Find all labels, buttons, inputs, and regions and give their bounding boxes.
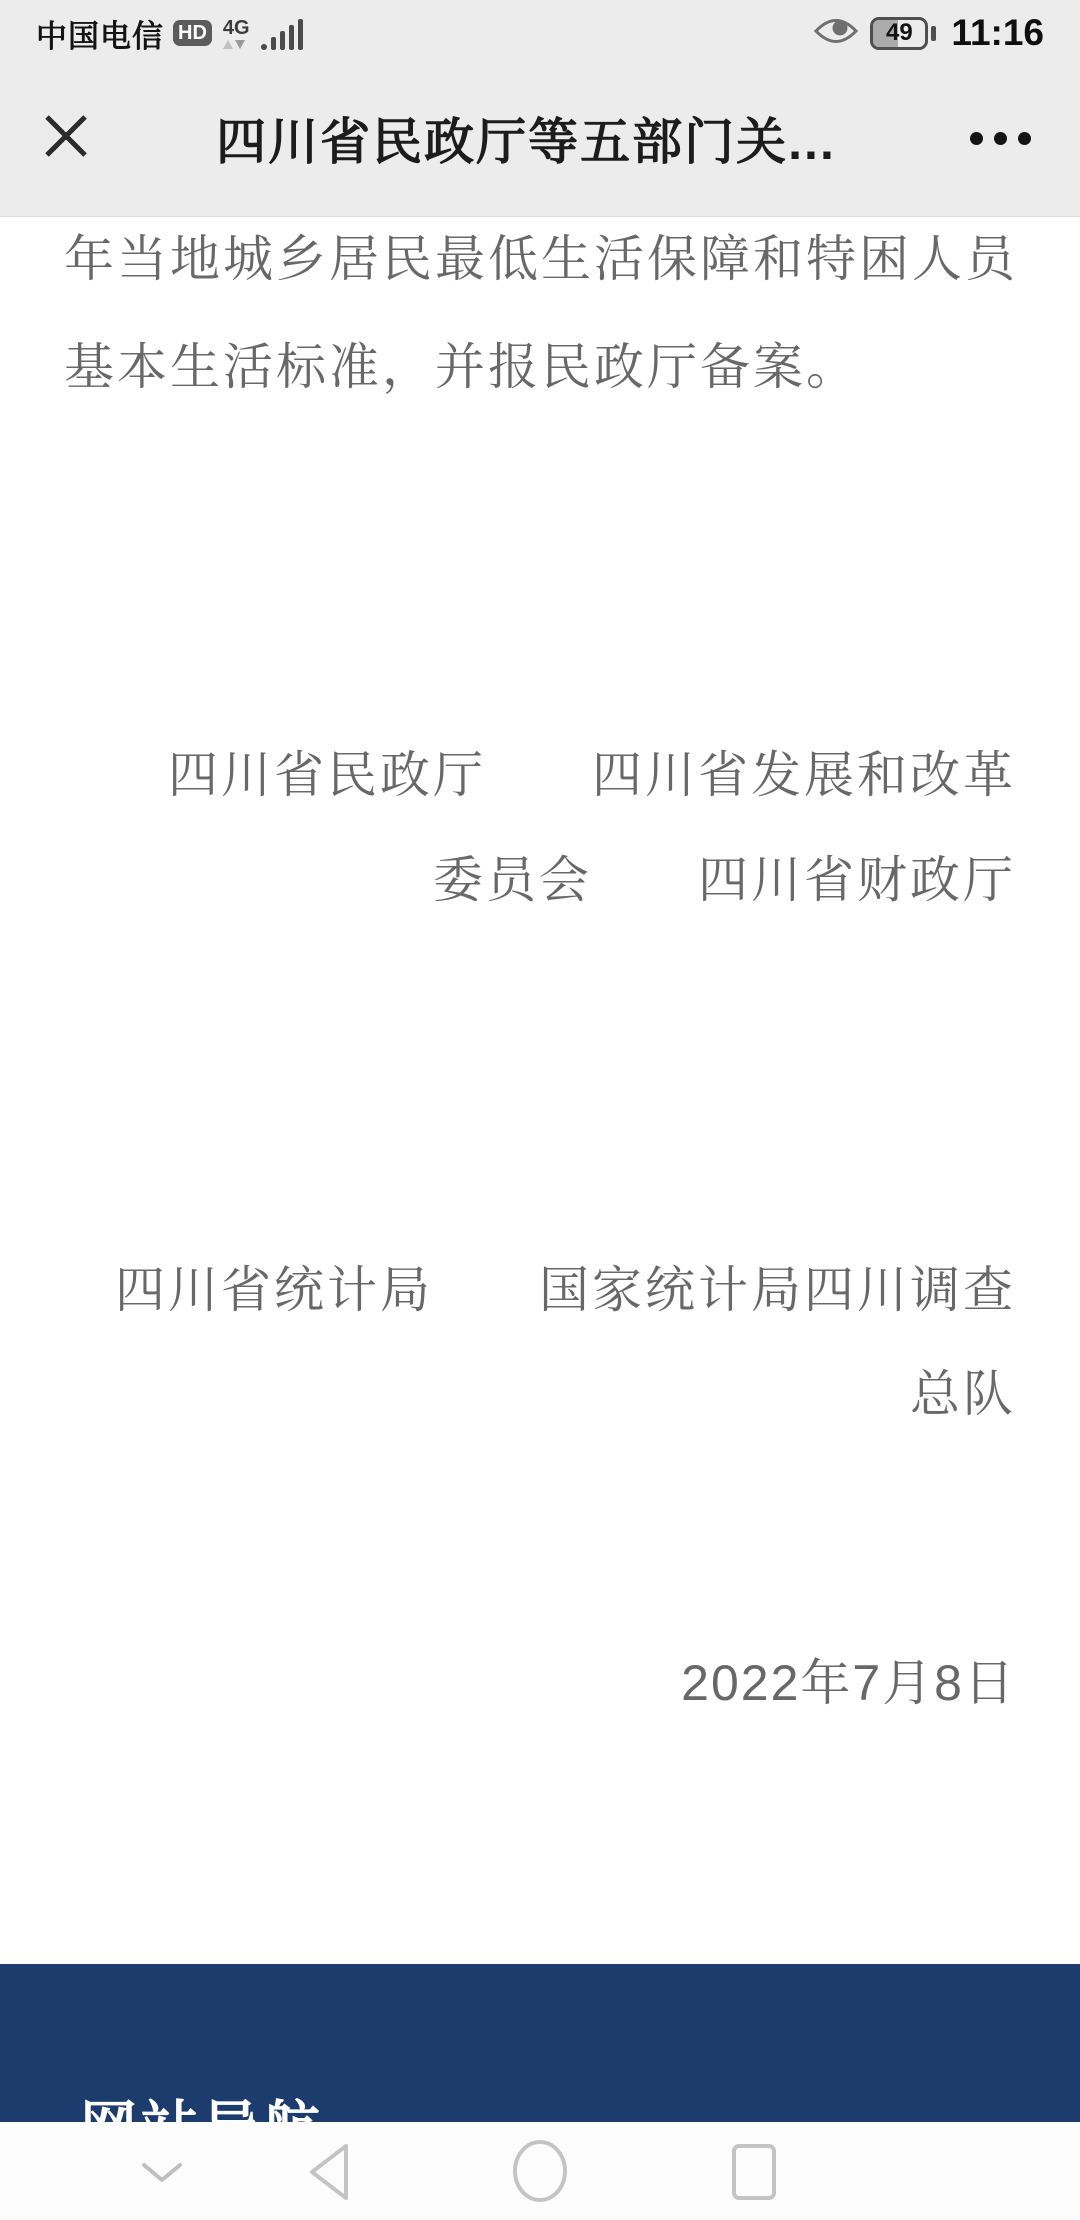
home-button[interactable]	[510, 2139, 570, 2208]
signature-line: 四川省统计局 国家统计局四川调查	[64, 1238, 1016, 1342]
battery-tip	[931, 26, 936, 41]
eye-comfort-icon	[813, 15, 859, 52]
close-icon	[42, 112, 90, 165]
network-arrows-icon	[223, 40, 245, 49]
close-button[interactable]	[0, 112, 132, 165]
signature-line: 总队	[64, 1342, 1016, 1446]
article-paragraph: 年当地城乡居民最低生活保障和特困人员 基本生活标准，并报民政厅备案。	[64, 205, 1018, 421]
hd-badge: HD	[173, 20, 212, 46]
site-footer: 网站导航	[0, 1964, 1080, 2122]
signature-line: 四川省民政厅 四川省发展和改革	[64, 723, 1016, 828]
signature-block-1: 四川省民政厅 四川省发展和改革 委员会 四川省财政厅	[64, 723, 1016, 933]
more-menu-button[interactable]	[920, 132, 1080, 145]
carrier-label: 中国电信	[36, 11, 164, 56]
battery-percent: 49	[886, 19, 913, 47]
status-time: 11:16	[951, 12, 1044, 54]
signature-line: 委员会 四川省财政厅	[64, 828, 1016, 933]
back-button[interactable]	[304, 2141, 350, 2208]
recents-button[interactable]	[730, 2142, 778, 2207]
hide-navbar-button[interactable]	[140, 2161, 184, 2190]
signal-bars-icon	[261, 16, 303, 50]
status-bar-right: 49 11:16	[813, 12, 1044, 54]
network-indicator: 4G	[223, 18, 250, 49]
phone-screen: 中国电信 HD 4G 49	[0, 0, 1080, 2220]
document-date: 2022年7月8日	[64, 1643, 1016, 1715]
footer-nav-title: 网站导航	[80, 2082, 324, 2122]
page-title: 四川省民政厅等五部门关...	[132, 102, 920, 174]
more-dots-icon	[970, 132, 983, 145]
signature-block-2: 四川省统计局 国家统计局四川调查 总队	[64, 1238, 1016, 1446]
status-bar: 中国电信 HD 4G 49	[0, 0, 1080, 60]
status-bar-left: 中国电信 HD 4G	[36, 11, 303, 56]
battery-icon: 49	[870, 17, 936, 50]
paragraph-line: 年当地城乡居民最低生活保障和特困人员	[64, 205, 1018, 313]
network-type-label: 4G	[223, 18, 250, 38]
paragraph-line: 基本生活标准，并报民政厅备案。	[64, 313, 1018, 421]
system-nav-bar	[0, 2122, 1080, 2220]
webview-header: 四川省民政厅等五部门关...	[0, 60, 1080, 217]
